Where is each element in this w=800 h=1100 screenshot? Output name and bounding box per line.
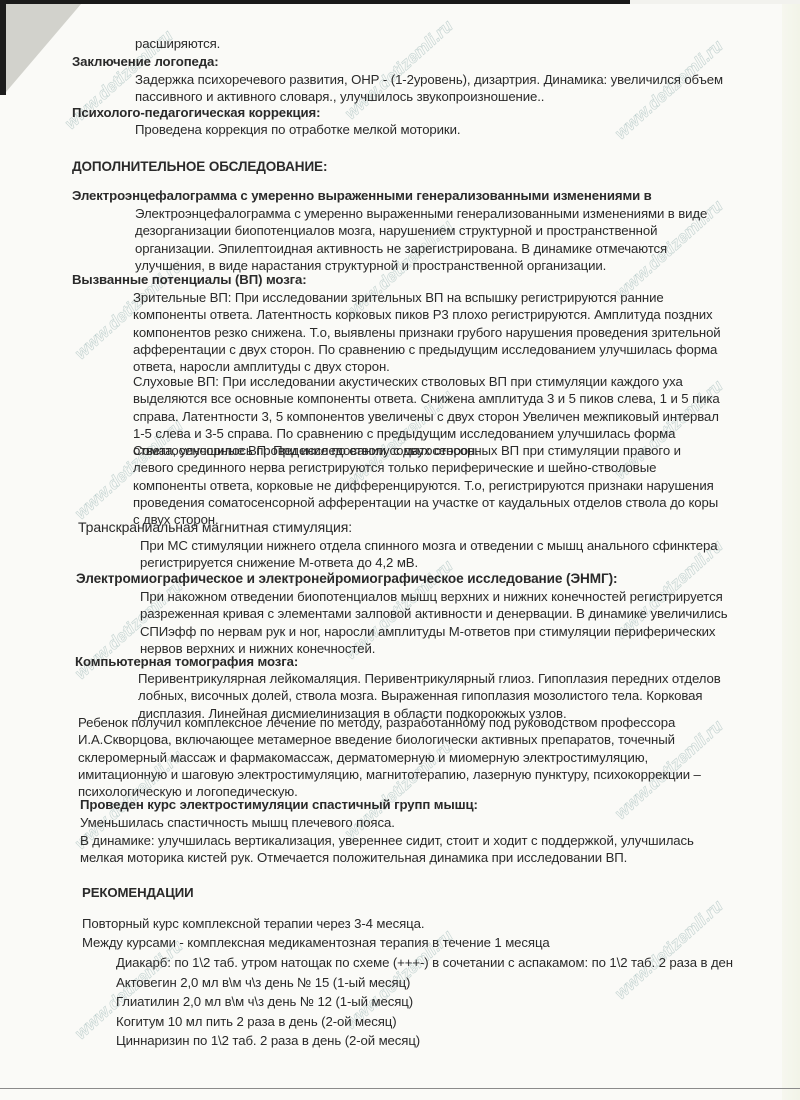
medication-item: Глиатилин 2,0 мл в\м ч\з день № 12 (1-ый… bbox=[116, 992, 733, 1012]
electrostim-result: Уменьшилась спастичность мышц плечевого … bbox=[80, 814, 395, 831]
text-line: организации. Эпилептоидная активность не… bbox=[135, 240, 707, 257]
medication-item: Когитум 10 мл пить 2 раза в день (2-ой м… bbox=[116, 1012, 733, 1032]
text-line: Электроэнцефалограмма с умеренно выражен… bbox=[135, 205, 707, 222]
text-line: Слуховые ВП: При исследовании акустическ… bbox=[133, 373, 720, 390]
recommendations-title: РЕКОМЕНДАЦИИ bbox=[82, 884, 194, 901]
watermark: www.detizemli.ru bbox=[341, 16, 457, 123]
text-line: компоненты ответа, корковые не дифференц… bbox=[133, 477, 718, 494]
text-line: компонентов резко снижена. Т.о, выявлены… bbox=[133, 324, 721, 341]
text-line: СПИэфф по нервам рук и ног, наросли ампл… bbox=[140, 623, 728, 640]
text-line: Зрительные ВП: При исследовании зрительн… bbox=[133, 289, 721, 306]
text-line: И.А.Скворцова, включающее метамерное вве… bbox=[78, 731, 701, 748]
text-line: 1-5 слева и 3-5 справа. По сравнению с п… bbox=[133, 425, 720, 442]
electrostim-heading: Проведен курс электростимуляции спастичн… bbox=[80, 796, 478, 813]
text-line: лобных, височных долей, ствола мозга. Вы… bbox=[138, 687, 721, 704]
evoked-potentials-heading: Вызванные потенциалы (ВП) мозга: bbox=[72, 271, 307, 288]
speech-therapist-heading: Заключение логопеда: bbox=[72, 53, 219, 70]
text-line: дезорганизации биопотенциалов мозга, нар… bbox=[135, 222, 707, 239]
recommendations-general: Повторный курс комплексной терапии через… bbox=[82, 914, 550, 952]
text-line: При накожном отведении биопотенциалов мы… bbox=[140, 588, 728, 605]
text-line: Соматосенсорные ВП: При исследовании сом… bbox=[133, 442, 718, 459]
text-line: При МС стимуляции нижнего отдела спинног… bbox=[140, 537, 717, 554]
text-line: выделяются все основные компоненты ответ… bbox=[133, 390, 720, 407]
eeg-heading: Электроэнцефалограмма с умеренно выражен… bbox=[72, 187, 652, 204]
text-line: афферентации с двух сторон. По сравнению… bbox=[133, 341, 721, 358]
electrostim-dynamics: В динамике: улучшилась вертикализация, у… bbox=[80, 832, 694, 867]
psych-correction-text: Проведена коррекция по отработке мелкой … bbox=[135, 121, 460, 138]
text-line: Между курсами - комплексная медикаментоз… bbox=[82, 933, 550, 952]
additional-exam-title: ДОПОЛНИТЕЛЬНОЕ ОБСЛЕДОВАНИЕ: bbox=[72, 158, 327, 175]
text-line: склеромерный массаж и фармакомассаж, дер… bbox=[78, 749, 701, 766]
tms-text: При МС стимуляции нижнего отдела спинног… bbox=[140, 537, 717, 572]
treatment-text: Ребенок получил комплексное лечение по м… bbox=[78, 714, 701, 800]
speech-therapist-text: Задержка психоречевого развития, ОНР - (… bbox=[135, 71, 723, 106]
visual-ep-text: Зрительные ВП: При исследовании зрительн… bbox=[133, 289, 721, 375]
eeg-text: Электроэнцефалограмма с умеренно выражен… bbox=[135, 205, 707, 274]
medication-item: Актовегин 2,0 мл в\м ч\з день № 15 (1-ый… bbox=[116, 973, 733, 993]
text-line: Ребенок получил комплексное лечение по м… bbox=[78, 714, 701, 731]
document-page: www.detizemli.ruwww.detizemli.ruwww.deti… bbox=[0, 0, 800, 1100]
text-line: регистрируется снижение М-ответа до 4,2 … bbox=[140, 554, 717, 571]
text-line: разреженная кривая с элементами залповой… bbox=[140, 605, 728, 622]
text-line: левого срединного нерва регистрируются т… bbox=[133, 459, 718, 476]
text-line: имитационную и шаговую электростимуляцию… bbox=[78, 766, 701, 783]
text-line: пассивного и активного словаря., улучшил… bbox=[135, 88, 723, 105]
tms-heading: Транскраниальная магнитная стимуляция: bbox=[78, 519, 352, 536]
emg-text: При накожном отведении биопотенциалов мы… bbox=[140, 588, 728, 657]
emg-heading: Электромиографическое и электронейромиог… bbox=[76, 570, 617, 587]
text-line: Задержка психоречевого развития, ОНР - (… bbox=[135, 71, 723, 88]
psych-correction-heading: Психолого-педагогическая коррекция: bbox=[72, 104, 320, 121]
ct-heading: Компьютерная томография мозга: bbox=[75, 653, 298, 670]
medication-list: Диакарб: по 1\2 таб. утром натощак по сх… bbox=[116, 953, 733, 1051]
medication-item: Циннаризин по 1\2 таб. 2 раза в день (2-… bbox=[116, 1031, 733, 1051]
somatosensory-ep-text: Соматосенсорные ВП: При исследовании сом… bbox=[133, 442, 718, 528]
text-line: проведения соматосенсорной афферентации … bbox=[133, 494, 718, 511]
text-line: Повторный курс комплексной терапии через… bbox=[82, 914, 550, 933]
text-line: мелкая моторика кистей рук. Отмечается п… bbox=[80, 849, 694, 866]
text-line: справа. Латентности 3, 5 компонентов уве… bbox=[133, 408, 720, 425]
text-line: компоненты ответа. Латентность корковых … bbox=[133, 306, 721, 323]
text-line: В динамике: улучшилась вертикализация, у… bbox=[80, 832, 694, 849]
text-line: Перивентрикулярная лейкомаляция. Перивен… bbox=[138, 670, 721, 687]
medication-item: Диакарб: по 1\2 таб. утром натощак по сх… bbox=[116, 953, 733, 973]
continuation-text: расширяются. bbox=[135, 35, 220, 52]
